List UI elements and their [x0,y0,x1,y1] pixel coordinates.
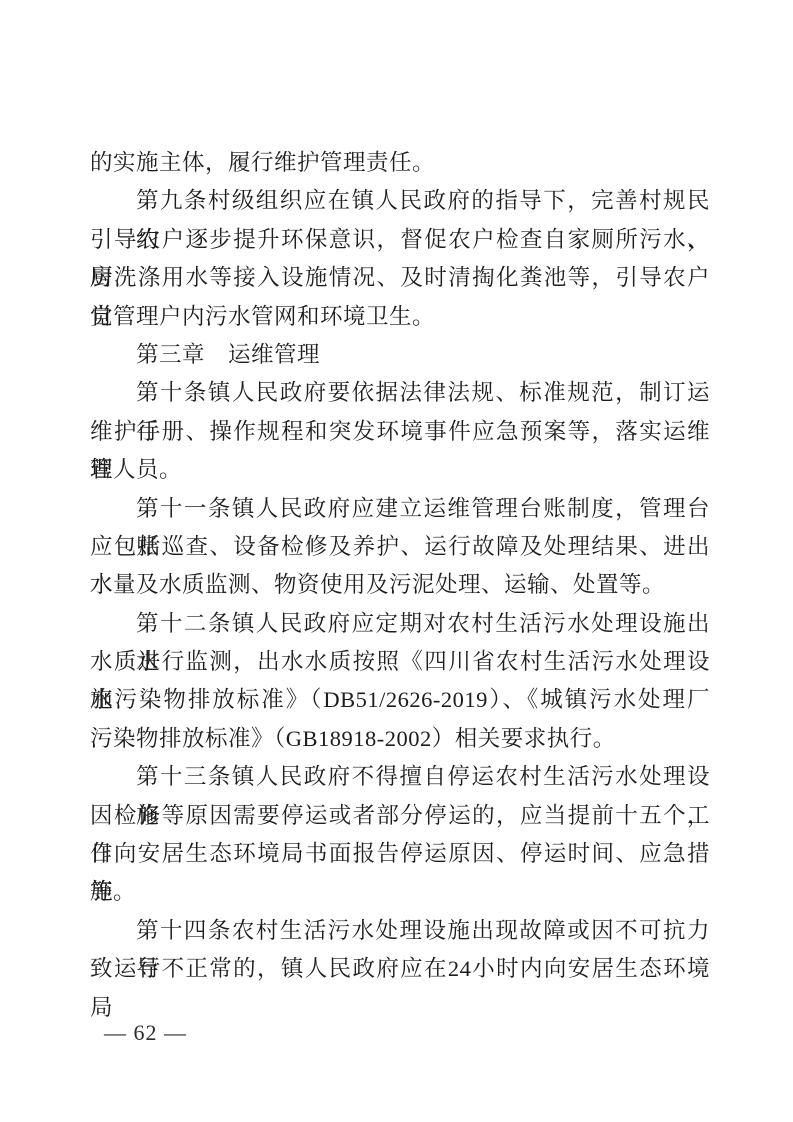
text-line: 污染物排放标准》（GB18918-2002）相关要求执行。 [90,720,710,758]
text-line: 应包括巡查、设备检修及养护、运行故障及处理结果、进出水 [90,528,710,566]
chapter-heading: 第三章 运维管理 [90,336,710,374]
text-line: 第十条镇人民政府要依据法律法规、标准规范，制订运行 [90,374,710,412]
document-body: 的实施主体，履行维护管理责任。第九条村级组织应在镇人民政府的指导下，完善村规民约… [90,144,710,989]
text-line: 等。 [90,873,710,911]
text-line: 水质进行监测，出水水质按照《四川省农村生活污水处理设施 [90,643,710,681]
text-line: 第十二条镇人民政府应定期对农村生活污水处理设施出水 [90,605,710,643]
text-line: 第十一条镇人民政府应建立运维管理台账制度，管理台账 [90,490,710,528]
text-line: 水量及水质监测、物资使用及污泥处理、运输、处置等。 [90,566,710,604]
text-line: 第十四条农村生活污水处理设施出现故障或因不可抗力导 [90,912,710,950]
text-line: 房洗涤用水等接入设施情况、及时清掏化粪池等，引导农户自 [90,259,710,297]
text-line: 觉管理户内污水管网和环境卫生。 [90,298,710,336]
text-line: 第十三条镇人民政府不得擅自停运农村生活污水处理设施， [90,758,710,796]
text-line: 因检修等原因需要停运或者部分停运的，应当提前十五个工作 [90,797,710,835]
text-line: 致运行不正常的，镇人民政府应在24小时内向安居生态环境局 [90,950,710,988]
text-line: 维护手册、操作规程和突发环境事件应急预案等，落实运维管 [90,413,710,451]
text-line: 引导农户逐步提升环保意识，督促农户检查自家厕所污水、厨 [90,221,710,259]
text-line: 的实施主体，履行维护管理责任。 [90,144,710,182]
text-line: 第九条村级组织应在镇人民政府的指导下，完善村规民约， [90,182,710,220]
page-number: — 62 — [104,1020,187,1046]
text-line: 理人员。 [90,451,710,489]
text-line: 日向安居生态环境局书面报告停运原因、停运时间、应急措施 [90,835,710,873]
text-line: 水污染物排放标准》（DB51/2626-2019）、《城镇污水处理厂 [90,681,710,719]
document-page: 的实施主体，履行维护管理责任。第九条村级组织应在镇人民政府的指导下，完善村规民约… [0,0,793,1122]
